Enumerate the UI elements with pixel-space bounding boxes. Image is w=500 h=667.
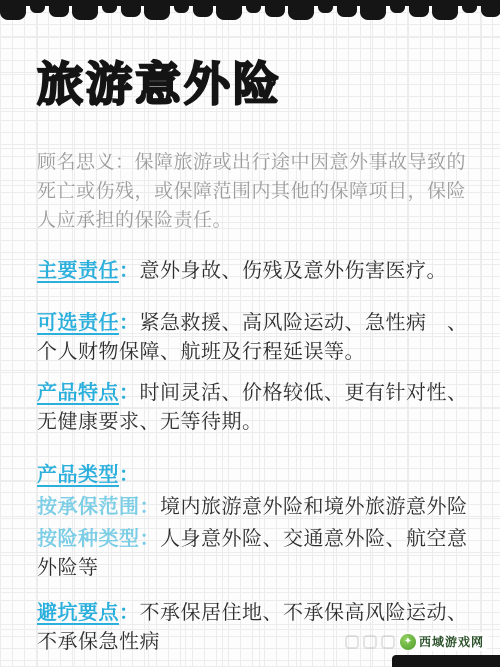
- sub-section-label: 按险种类型: [37, 528, 140, 550]
- intro-paragraph: 顾名思义：保障旅游或出行途中因意外事故导致的死亡或伤残，或保障范围内其他的保障项…: [37, 148, 472, 235]
- label-colon: ：: [119, 464, 140, 486]
- section-product-features: 产品特点：时间灵活、价格较低、更有针对性、无健康要求、无等待期。: [37, 379, 472, 437]
- site-name: 西域游戏网: [419, 633, 484, 650]
- watermark-badge: ✦ 西域游戏网: [398, 632, 490, 651]
- page-title: 旅游意外险: [37, 58, 472, 110]
- label-colon: ：: [119, 602, 140, 624]
- section-label: 产品特点: [37, 382, 119, 404]
- faint-watermark-glyphs: [345, 635, 395, 649]
- label-colon: ：: [119, 260, 140, 282]
- label-colon: ：: [119, 382, 140, 404]
- poster-content: 旅游意外险 顾名思义：保障旅游或出行途中因意外事故导致的死亡或伤残，或保障范围内…: [0, 26, 500, 657]
- section-label: 产品类型: [37, 464, 119, 486]
- section-by-coverage-area: 按承保范围：境内旅游意外险和境外旅游意外险: [37, 493, 472, 522]
- faint-glyph: [345, 635, 359, 649]
- faint-glyph: [363, 635, 377, 649]
- faint-glyph: [381, 635, 395, 649]
- section-optional-liability: 可选责任：紧急救援、高风险运动、急性病 、个人财物保障、航班及行程延误等。: [37, 309, 472, 367]
- section-product-types: 产品类型：: [37, 461, 472, 490]
- label-colon: ：: [119, 312, 140, 334]
- label-colon: ：: [140, 496, 161, 518]
- bottom-corner-bar: [392, 655, 500, 667]
- section-label: 主要责任: [37, 260, 119, 282]
- section-content: 境内旅游意外险和境外旅游意外险: [160, 496, 468, 518]
- section-label: 避坑要点: [37, 602, 119, 624]
- section-by-insurance-kind: 按险种类型：人身意外险、交通意外险、航空意外险等: [37, 525, 472, 583]
- site-logo-icon: ✦: [400, 634, 416, 650]
- label-colon: ：: [140, 528, 161, 550]
- section-main-liability: 主要责任：意外身故、伤残及意外伤害医疗。: [37, 257, 472, 286]
- site-watermark: ✦ 西域游戏网: [345, 632, 490, 651]
- section-label: 可选责任: [37, 312, 119, 334]
- section-content: 意外身故、伤残及意外伤害医疗。: [140, 260, 448, 282]
- sub-section-label: 按承保范围: [37, 496, 140, 518]
